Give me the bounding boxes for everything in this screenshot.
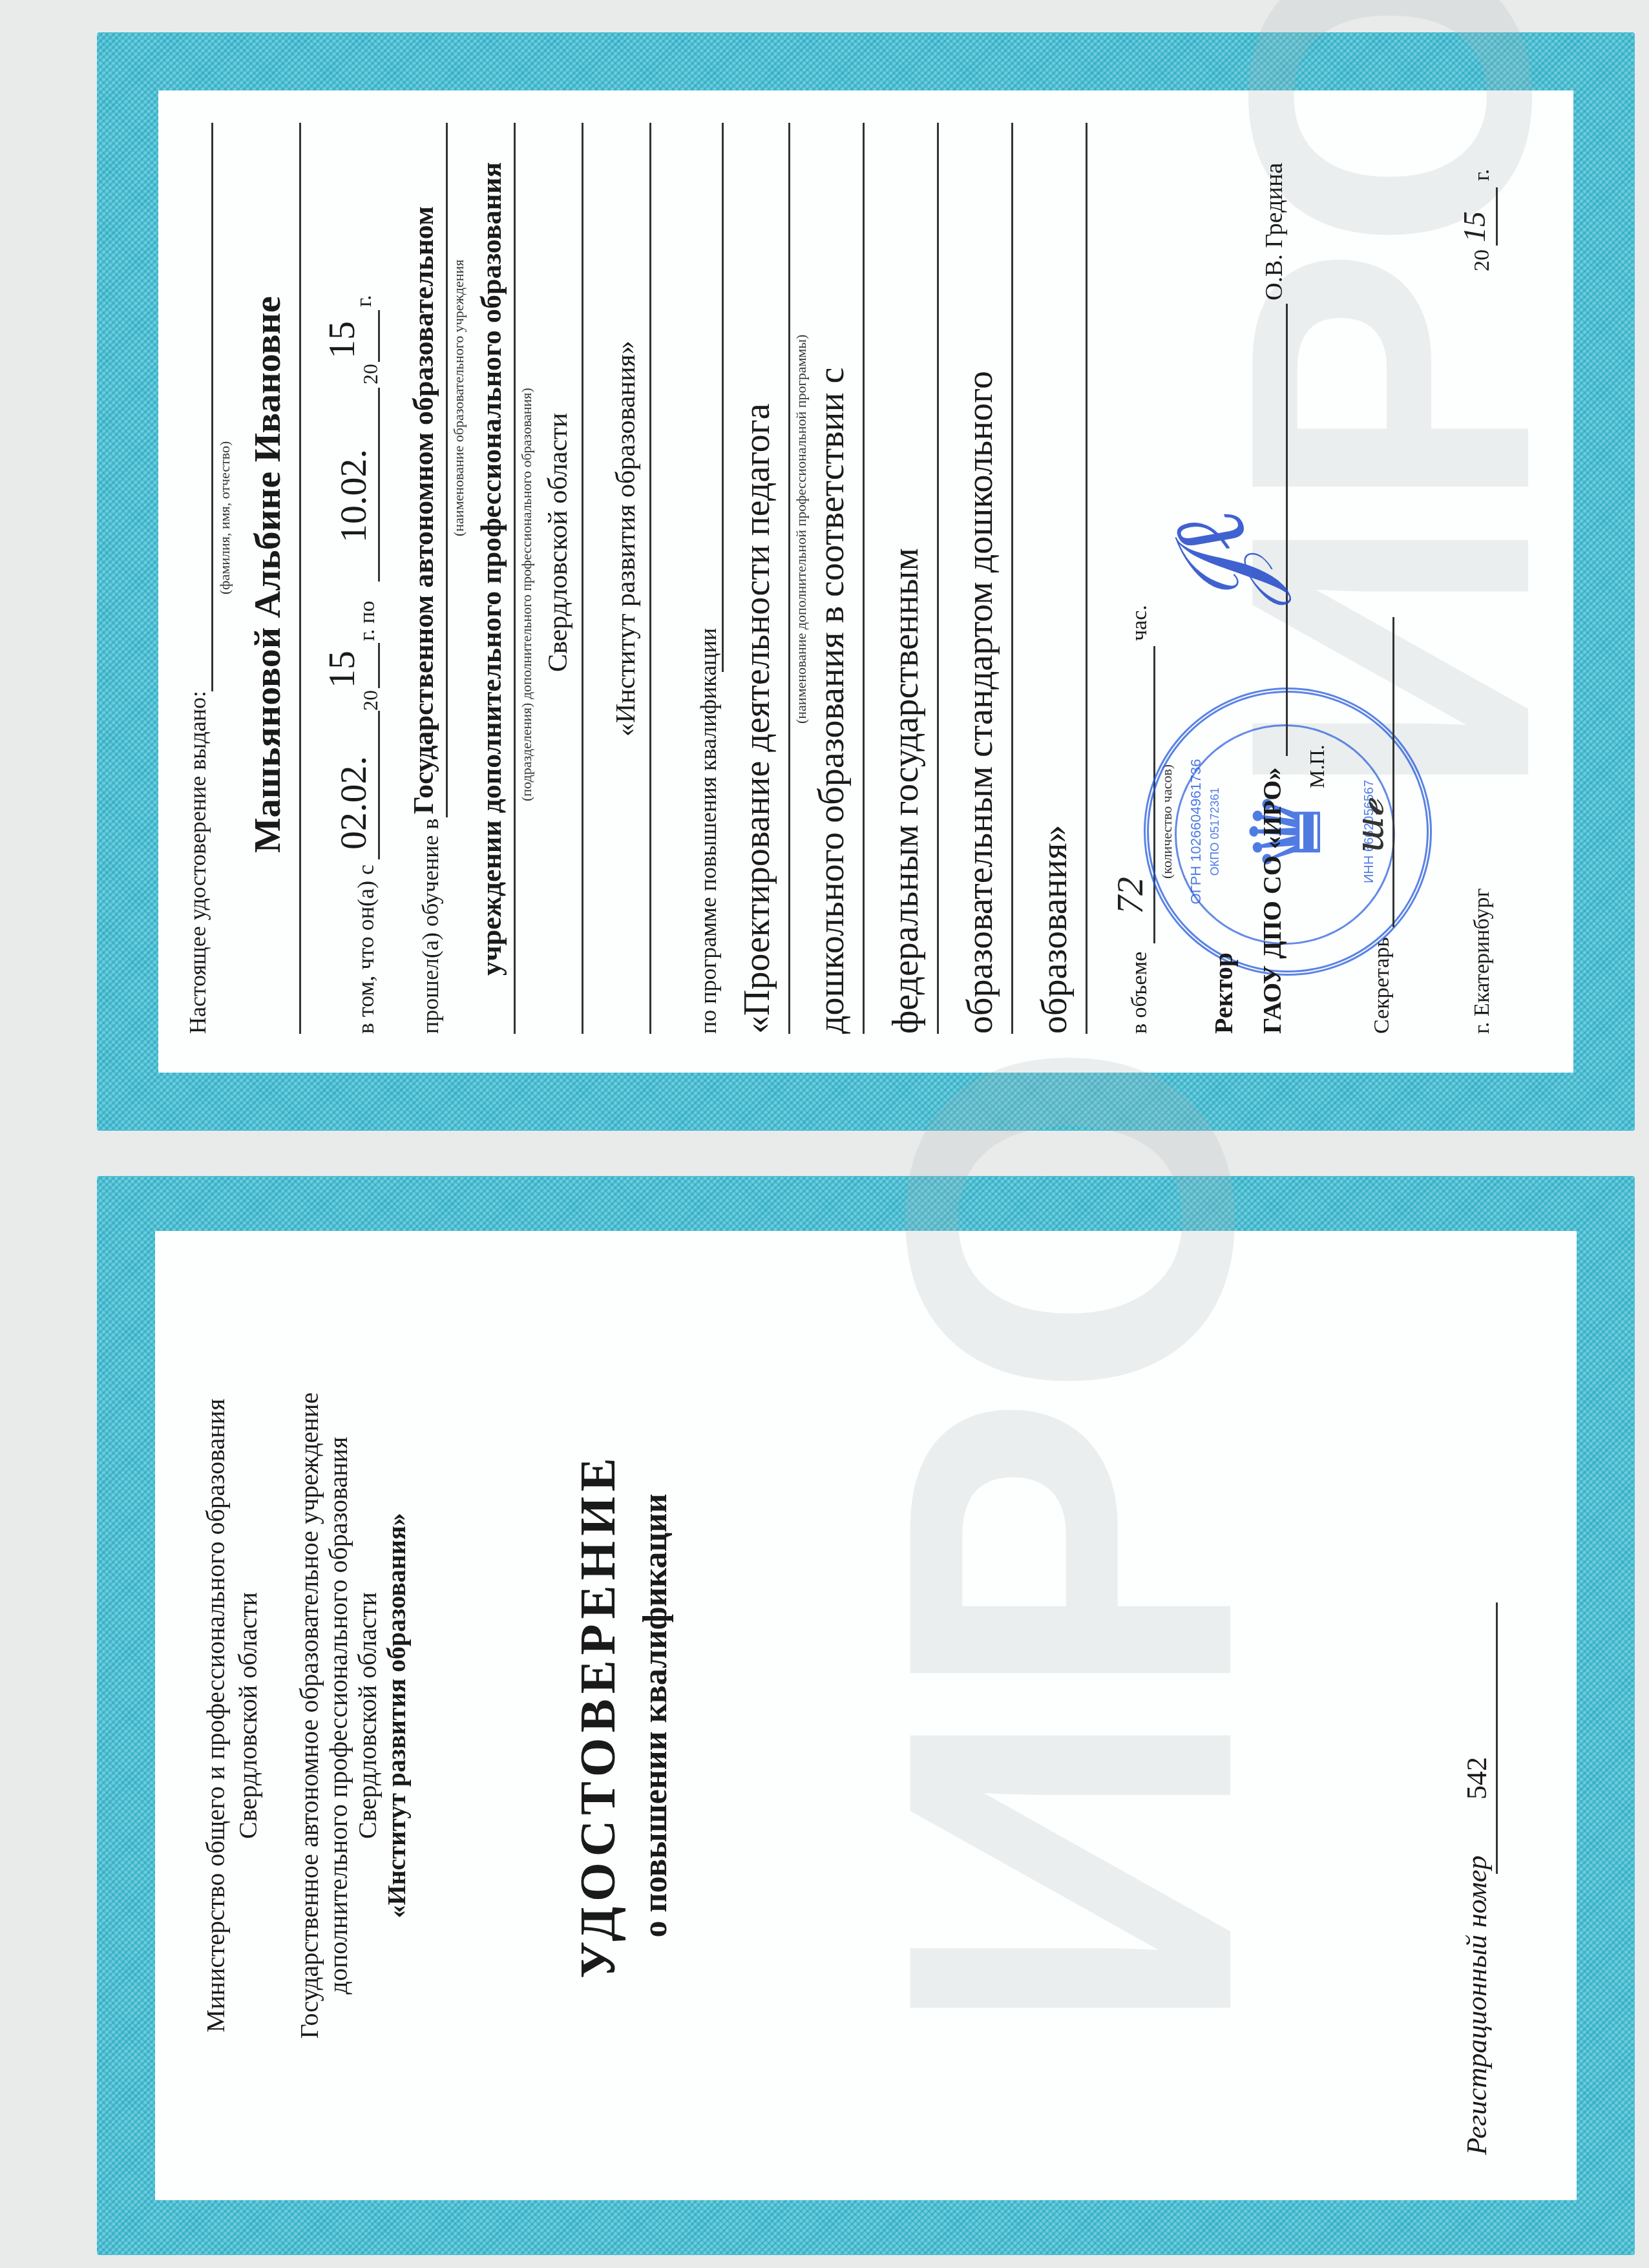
registration-label: Регистрационный номер [1460, 1855, 1493, 2155]
institution-line2: учреждении дополнительного профессиональ… [475, 162, 508, 976]
program-line-4-rule [1011, 123, 1013, 1034]
year-to: 15 [320, 321, 363, 359]
year-from: 15 [320, 651, 363, 688]
recipient-caption: (фамилия, имя, отчество) [216, 441, 233, 594]
institution-line3: Свердловской области [352, 1231, 383, 2200]
registration-number: 542 [1460, 1757, 1493, 1800]
date-from: 02.02. [331, 756, 375, 850]
institution-name: «Институт развития образования» [381, 1231, 412, 2200]
hours-prefix: в объеме [1128, 952, 1152, 1034]
institution-line1-rule [446, 123, 448, 817]
institution-caption2: (подразделения) дополнительного професси… [518, 388, 535, 801]
issued-label: Настоящее удостоверение выдано: [184, 691, 211, 1034]
content-page-slot: ИРО Настоящее удостоверение выдано: (фам… [97, 32, 1635, 1131]
program-label: по программе повышения квалификации [695, 628, 722, 1034]
date-to-line [378, 388, 380, 582]
recipient-name: Машьяновой Альбине Ивановне [246, 296, 289, 853]
secretary-signature: ш𝓮 [1347, 799, 1392, 853]
issued-label-line [211, 123, 213, 691]
issue-year: 15 [1457, 211, 1493, 242]
year-to-line [378, 310, 380, 362]
ministry-line2: Свердловской области [233, 1231, 263, 2200]
program-line-2: дошкольного образования в соответствии с [811, 368, 852, 1034]
program-line-2-rule [863, 123, 865, 1034]
hours-suffix: час. [1128, 605, 1152, 641]
recipient-name-line [299, 123, 301, 1034]
year-suffix: г. [352, 295, 377, 307]
program-line-1: «Проектирование деятельности педагога [737, 403, 778, 1034]
program-caption: (наименование дополнительной профессиона… [793, 335, 810, 724]
cover-page: ИРО Министерство общего и профессиональн… [97, 1176, 1635, 2255]
program-line-3: федеральным государственным [885, 548, 927, 1034]
city: г. Екатеринбург [1470, 888, 1495, 1034]
rector-name: О.В. Гредина [1260, 163, 1288, 300]
seal-label: М.П. [1305, 744, 1329, 788]
date-to: 10.02. [331, 449, 375, 543]
coat-of-arms-icon: ♛ [1239, 788, 1336, 875]
content-page-inner: ИРО Настоящее удостоверение выдано: (фам… [158, 90, 1573, 1073]
institution-line3: Свердловской области [543, 413, 574, 672]
date-from-line [378, 711, 380, 859]
issue-year-prefix: 20 [1470, 249, 1495, 271]
cover-subtitle: о повышении квалификации [636, 1231, 675, 2200]
seal-ogrn: ОГРН 1026604961736 [1188, 744, 1204, 919]
year-prefix-1: 20 [359, 690, 383, 711]
program-line-5-rule [1086, 123, 1087, 1034]
rector-title-line1: Ректор [1208, 952, 1239, 1034]
ministry-line1: Министерство общего и профессионального … [200, 1231, 231, 2200]
period-middle: г. по [355, 601, 380, 641]
cover-watermark: ИРО [801, 1038, 1337, 2039]
cover-title: УДОСТОВЕРЕНИЕ [569, 1231, 627, 2200]
program-line-1-rule [788, 123, 790, 1034]
institution-line4: «Институт развития образования» [611, 341, 642, 737]
content-watermark: ИРО [1160, 0, 1620, 801]
content-page: ИРО Настоящее удостоверение выдано: (фам… [97, 32, 1635, 1131]
seal-okpo: ОКПО 05172361 [1208, 754, 1222, 909]
year-from-line [378, 643, 380, 688]
institution-line3-rule [582, 123, 583, 1034]
program-line-5: образования» [1034, 825, 1075, 1034]
trained-prefix: прошел(а) обучение в [417, 819, 444, 1034]
issue-year-suffix: г. [1470, 169, 1495, 181]
issue-year-line [1496, 187, 1498, 246]
institution-line4-rule [649, 123, 651, 1034]
cover-page-inner: ИРО Министерство общего и профессиональн… [155, 1231, 1577, 2200]
cover-page-slot: ИРО Министерство общего и профессиональн… [97, 1176, 1635, 2255]
institution-line2-rule [514, 123, 516, 1034]
program-label-rule [722, 123, 724, 672]
hours-value: 72 [1108, 877, 1151, 914]
institution-line1: Государственное автономное образовательн… [294, 1231, 324, 2200]
secretary-label: Секретарь [1370, 937, 1394, 1034]
institution-line2: дополнительного профессионального образо… [323, 1231, 353, 2200]
year-prefix-2: 20 [359, 364, 383, 384]
period-prefix: в том, что он(а) с [352, 865, 379, 1034]
program-line-4: образовательным стандартом дошкольного [960, 371, 1001, 1034]
rector-signature-line [1286, 304, 1288, 756]
program-line-3-rule [937, 123, 939, 1034]
rector-title-line2: ГАОУ ДПО СО «ИРО» [1257, 768, 1287, 1034]
registration-line [1496, 1602, 1498, 1874]
institution-caption: (наименование образовательного учреждени… [450, 260, 467, 536]
institution-line1: Государственном автономном образовательн… [407, 206, 440, 814]
secretary-signature-line [1392, 617, 1394, 927]
